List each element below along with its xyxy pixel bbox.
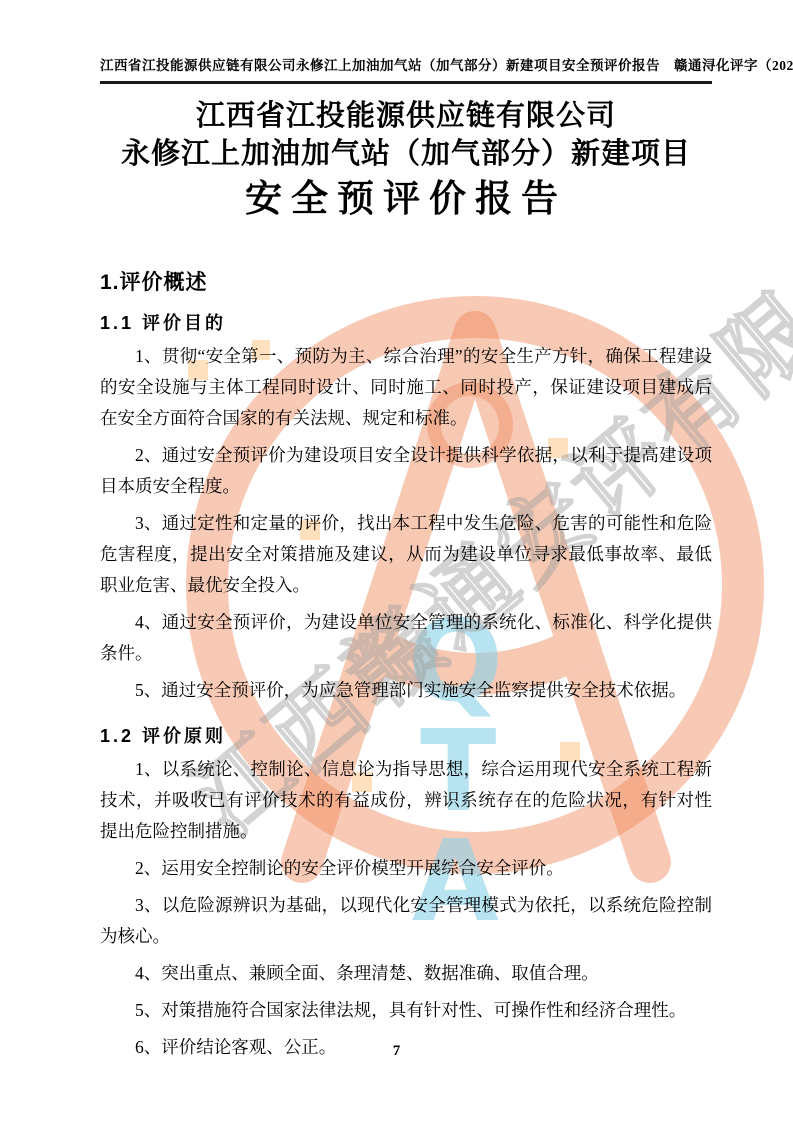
paragraph: 4、突出重点、兼顾全面、条理清楚、数据准确、取值合理。 — [100, 958, 712, 989]
page-number: 7 — [0, 1043, 793, 1060]
paragraph: 3、通过定性和定量的评价，找出本工程中发生危险、危害的可能性和危险危害程度，提出… — [100, 508, 712, 601]
paragraph: 3、以危险源辨识为基础，以现代化安全管理模式为依托，以系统危险控制为核心。 — [100, 890, 712, 952]
subsection-heading-purpose: 1.1 评价目的 — [100, 309, 712, 335]
title-block: 江西省江投能源供应链有限公司 永修江上加油加气站（加气部分）新建项目 安全预评价… — [100, 97, 712, 222]
paragraph: 2、通过安全预评价为建设项目安全设计提供科学依据，以利于提高建设项目本质安全程度… — [100, 440, 712, 502]
paragraph: 5、对策措施符合国家法律法规，具有针对性、可操作性和经济合理性。 — [100, 995, 712, 1026]
document-page: Q T A 江西赣通安评有限公司 江西省江投能源供应链有限公司永修江上加油加气站… — [0, 0, 793, 1122]
paragraph: 5、通过安全预评价，为应急管理部门实施安全监察提供安全技术依据。 — [100, 675, 712, 706]
running-header-title: 江西省江投能源供应链有限公司永修江上加油加气站（加气部分）新建项目安全预评价报告 — [100, 58, 660, 73]
page-content: 江西省江投能源供应链有限公司永修江上加油加气站（加气部分）新建项目安全预评价报告… — [0, 54, 793, 1063]
company-title: 江西省江投能源供应链有限公司 — [100, 97, 712, 135]
paragraph: 2、运用安全控制论的安全评价模型开展综合安全评价。 — [100, 853, 712, 884]
paragraph: 1、贯彻“安全第一、预防为主、综合治理”的安全生产方针，确保工程建设的安全设施与… — [100, 341, 712, 434]
running-header: 江西省江投能源供应链有限公司永修江上加油加气站（加气部分）新建项目安全预评价报告… — [100, 54, 712, 84]
subsection-heading-principles: 1.2 评价原则 — [100, 722, 712, 748]
paragraph: 1、以系统论、控制论、信息论为指导思想，综合运用现代安全系统工程新技术，并吸收已… — [100, 754, 712, 847]
section-heading-overview: 1.评价概述 — [100, 266, 712, 296]
paragraph: 4、通过安全预评价，为建设单位安全管理的系统化、标准化、科学化提供条件。 — [100, 607, 712, 669]
project-title: 永修江上加油加气站（加气部分）新建项目 — [100, 135, 712, 173]
report-title: 安全预评价报告 — [100, 176, 712, 222]
doc-number: 赣通浔化评字（2025）001号 — [674, 58, 793, 73]
